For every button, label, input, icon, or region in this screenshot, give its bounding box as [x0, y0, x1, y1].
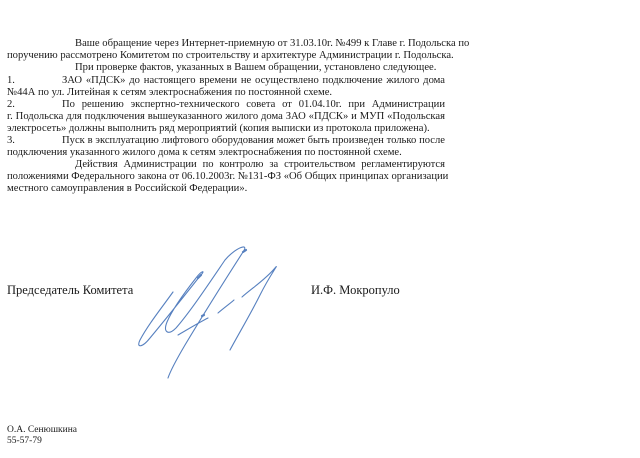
- signatory-name: И.Ф. Мокропуло: [311, 283, 400, 298]
- numbered-item-3-continued: подключения указанного жилого дома к сет…: [7, 147, 445, 159]
- executor-phone: 55-57-79: [7, 436, 42, 447]
- paragraph-intro-line1: Ваше обращение через Интернет-приемную о…: [7, 38, 445, 50]
- handwritten-signature: [130, 240, 300, 380]
- item-text: По решению экспертно-технического совета…: [62, 99, 445, 111]
- item-number: 3.: [7, 135, 15, 147]
- item-text: Пуск в эксплуатацию лифтового оборудован…: [62, 135, 445, 147]
- paragraph-regulation-line1: Действия Администрации по контролю за ст…: [7, 159, 445, 171]
- paragraph-findings-intro: При проверке фактов, указанных в Вашем о…: [7, 62, 445, 74]
- executor-name: О.А. Сенюшкина: [7, 425, 77, 436]
- paragraph-regulation-line2: положениями Федерального закона от 06.10…: [7, 171, 445, 183]
- signatory-position: Председатель Комитета: [7, 283, 133, 298]
- item-number: 2.: [7, 99, 15, 111]
- item-number: 1.: [7, 75, 15, 87]
- numbered-item-2-continued-2: электросеть» должны выполнить ряд меропр…: [7, 123, 445, 135]
- numbered-item-1-continued: №44А по ул. Литейная к сетям электроснаб…: [7, 87, 445, 99]
- numbered-item-2-continued-1: г. Подольска для подключения вышеуказанн…: [7, 111, 445, 123]
- paragraph-regulation-line3: местного самоуправления в Российской Фед…: [7, 183, 445, 195]
- item-text: ЗАО «ПДСК» до настоящего времени не осущ…: [62, 75, 445, 87]
- paragraph-intro-line2: поручению рассмотрено Комитетом по строи…: [7, 50, 445, 62]
